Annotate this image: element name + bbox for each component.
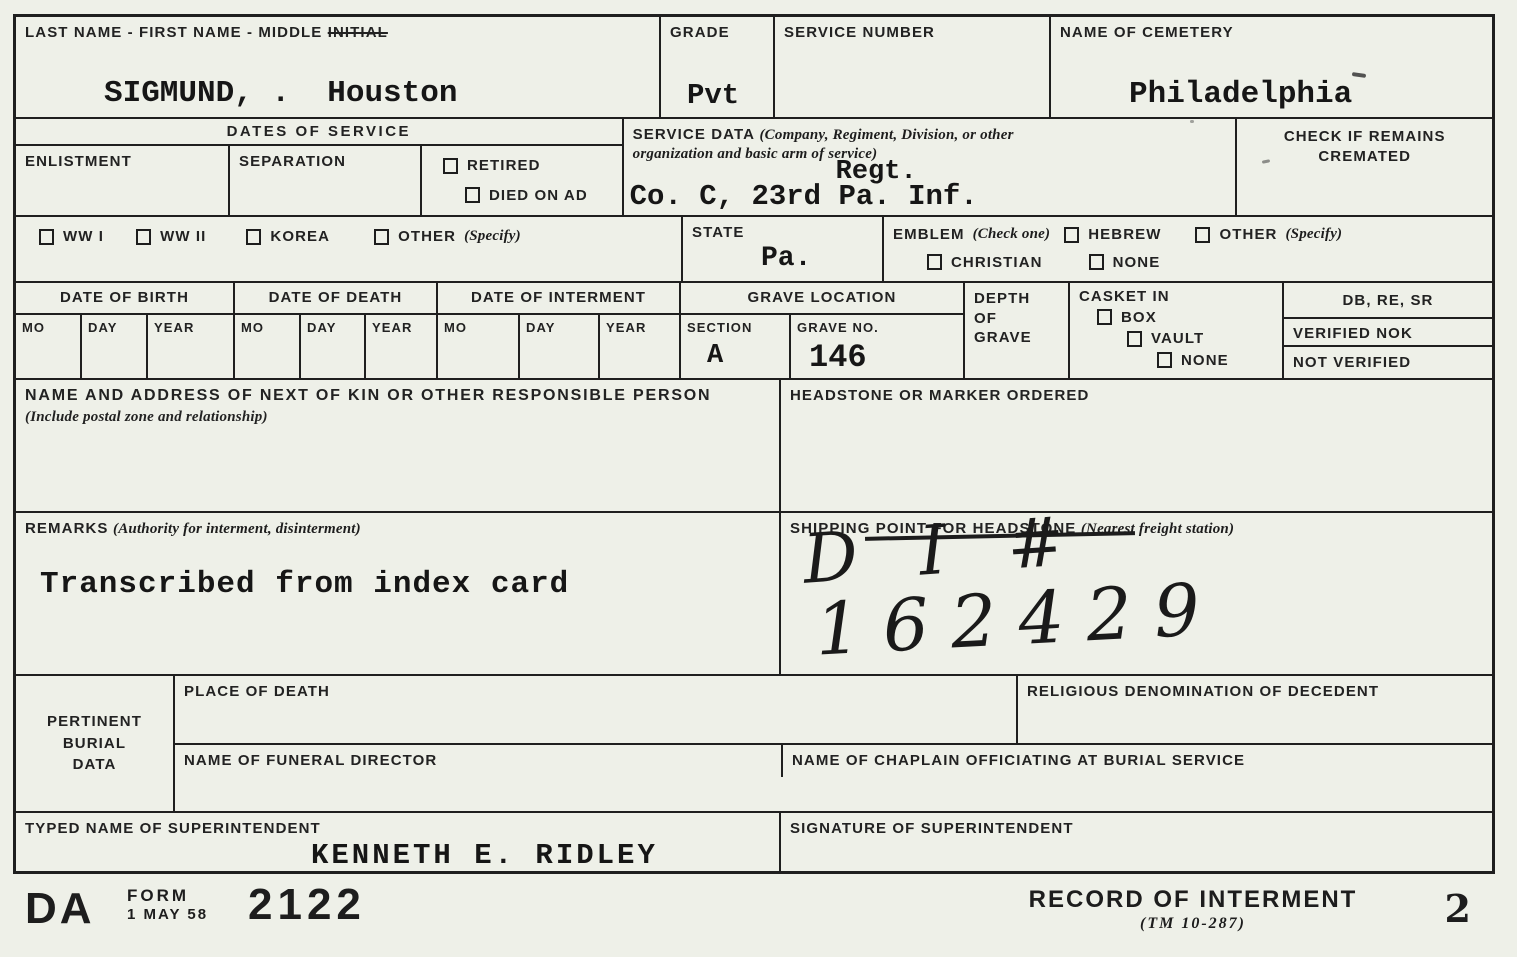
remarks-field: REMARKS (Authority for interment, disint… — [16, 513, 779, 674]
next-of-kin-label: NAME AND ADDRESS OF NEXT OF KIN OR OTHER… — [25, 387, 711, 404]
casket-in-label: CASKET IN — [1079, 287, 1273, 307]
footer-form-number: 2122 — [248, 880, 366, 930]
emblem-none-label: NONE — [1113, 253, 1161, 273]
casket-none-checkbox — [1157, 352, 1172, 368]
christian-label: CHRISTIAN — [951, 253, 1043, 273]
identity-row: LAST NAME - FIRST NAME - MIDDLE INITIAL … — [16, 17, 1492, 117]
war-other-note: (Specify) — [464, 228, 521, 245]
death-mo-label: MO — [241, 320, 264, 335]
enlistment-field: ENLISTMENT — [16, 146, 228, 215]
died-on-ad-label: DIED ON AD — [489, 186, 588, 206]
interment-year-label: YEAR — [606, 320, 647, 335]
christian-checkbox — [927, 254, 942, 270]
form-grid: LAST NAME - FIRST NAME - MIDDLE INITIAL … — [13, 14, 1495, 874]
date-of-birth-field: DATE OF BIRTH MO DAY YEAR — [16, 283, 233, 378]
dates-grave-row: DATE OF BIRTH MO DAY YEAR DATE OF DEATH … — [16, 281, 1492, 378]
emblem-field: EMBLEM (Check one) HEBREW OTHER (Specify… — [882, 217, 1492, 281]
grade-field: GRADE Pvt — [659, 17, 773, 117]
remarks-value: Transcribed from index card — [40, 567, 569, 602]
funeral-director-label: NAME OF FUNERAL DIRECTOR — [184, 751, 772, 771]
grade-label: GRADE — [670, 23, 764, 43]
footer-form-word: FORM — [127, 886, 208, 906]
shipping-point-field: SHIPPING POINT FOR HEADSTONE (Nearest fr… — [779, 513, 1492, 674]
form-footer: DA FORM 1 MAY 58 2122 RECORD OF INTERMEN… — [13, 876, 1495, 954]
section-field: SECTION A — [681, 315, 789, 378]
korea-label: KOREA — [270, 227, 330, 247]
dates-of-service-label: DATES OF SERVICE — [16, 119, 622, 146]
religious-denomination-label: RELIGIOUS DENOMINATION OF DECEDENT — [1027, 682, 1483, 702]
ww1-checkbox — [39, 229, 54, 245]
verified-nok-label: VERIFIED NOK — [1293, 325, 1413, 342]
headstone-ordered-field: HEADSTONE OR MARKER ORDERED — [779, 380, 1492, 511]
interment-mo-label: MO — [444, 320, 467, 335]
casket-box-checkbox — [1097, 309, 1112, 325]
verification-field: DB, RE, SR VERIFIED NOK NOT VERIFIED — [1282, 283, 1492, 378]
footer-title-ref: (TM 10-287) — [1013, 915, 1373, 933]
headstone-ordered-label: HEADSTONE OR MARKER ORDERED — [790, 386, 1483, 406]
service-row: DATES OF SERVICE ENLISTMENT SEPARATION R… — [16, 117, 1492, 215]
birth-day-label: DAY — [88, 320, 118, 335]
war-emblem-row: WW I WW II KOREA OTHER (Specify) STATE — [16, 215, 1492, 281]
emblem-none-checkbox — [1089, 254, 1104, 270]
grave-no-field: GRAVE NO. 146 — [789, 315, 963, 378]
db-re-sr-label: DB, RE, SR — [1342, 292, 1433, 309]
state-label: STATE — [692, 223, 873, 243]
ww1-label: WW I — [63, 227, 104, 247]
kin-headstone-row: NAME AND ADDRESS OF NEXT OF KIN OR OTHER… — [16, 378, 1492, 511]
birth-year-label: YEAR — [154, 320, 195, 335]
dates-of-service-block: DATES OF SERVICE ENLISTMENT SEPARATION R… — [16, 119, 622, 215]
date-of-death-field: DATE OF DEATH MO DAY YEAR — [233, 283, 436, 378]
cemetery-label: NAME OF CEMETERY — [1060, 23, 1483, 43]
footer-form-block: FORM 1 MAY 58 — [127, 886, 208, 923]
chaplain-field: NAME OF CHAPLAIN OFFICIATING AT BURIAL S… — [781, 745, 1492, 777]
next-of-kin-field: NAME AND ADDRESS OF NEXT OF KIN OR OTHER… — [16, 380, 779, 511]
service-data-value-line2: Co. C, 23rd Pa. Inf. — [630, 180, 978, 213]
service-data-field: SERVICE DATA (Company, Regiment, Divisio… — [622, 119, 1236, 215]
name-label-text: LAST NAME - FIRST NAME - MIDDLE — [25, 24, 322, 41]
signature-superintendent-label: SIGNATURE OF SUPERINTENDENT — [790, 819, 1483, 839]
war-service-field: WW I WW II KOREA OTHER (Specify) — [16, 217, 681, 281]
casket-none-label: NONE — [1181, 351, 1229, 371]
section-value: A — [707, 341, 723, 371]
birth-mo-label: MO — [22, 320, 45, 335]
ww2-label: WW II — [160, 227, 206, 247]
service-number-label: SERVICE NUMBER — [784, 23, 1040, 43]
service-number-field: SERVICE NUMBER — [773, 17, 1049, 117]
cremated-label: CHECK IF REMAINS CREMATED — [1246, 125, 1483, 166]
grade-value: Pvt — [687, 79, 739, 112]
remarks-label: REMARKS — [25, 520, 109, 537]
retired-died-field: RETIRED DIED ON AD — [420, 146, 622, 215]
grave-location-field: GRAVE LOCATION SECTION A GRAVE NO. 146 — [679, 283, 963, 378]
burial-detail-block: PLACE OF DEATH RELIGIOUS DENOMINATION OF… — [173, 676, 1492, 811]
separation-field: SEPARATION — [228, 146, 420, 215]
date-of-interment-field: DATE OF INTERMENT MO DAY YEAR — [436, 283, 679, 378]
death-year-label: YEAR — [372, 320, 413, 335]
emblem-other-checkbox — [1195, 227, 1210, 243]
section-label: SECTION — [687, 320, 752, 335]
date-of-interment-label: DATE OF INTERMENT — [438, 283, 679, 315]
footer-title: RECORD OF INTERMENT — [1013, 886, 1373, 914]
remarks-shipping-row: REMARKS (Authority for interment, disint… — [16, 511, 1492, 674]
footer-form-date: 1 MAY 58 — [127, 906, 208, 923]
cemetery-value: Philadelphia — [1129, 77, 1352, 112]
casket-vault-label: VAULT — [1151, 329, 1204, 349]
date-of-death-label: DATE OF DEATH — [235, 283, 436, 315]
footer-title-block: RECORD OF INTERMENT (TM 10-287) — [1013, 886, 1373, 933]
typed-superintendent-value: KENNETH E. RIDLEY — [311, 839, 658, 872]
war-other-label: OTHER — [398, 227, 456, 247]
cemetery-field: NAME OF CEMETERY Philadelphia — [1049, 17, 1492, 117]
pertinent-burial-data-label: PERTINENT BURIAL DATA — [41, 711, 149, 776]
footer-agency: DA — [25, 884, 95, 934]
emblem-other-label: OTHER — [1219, 225, 1277, 245]
emblem-label: EMBLEM — [893, 225, 965, 245]
casket-box-label: BOX — [1121, 308, 1157, 328]
grave-location-label: GRAVE LOCATION — [681, 283, 963, 315]
not-verified-label: NOT VERIFIED — [1293, 354, 1411, 371]
retired-label: RETIRED — [467, 156, 541, 176]
casket-in-field: CASKET IN BOX VAULT NONE — [1068, 283, 1282, 378]
place-of-death-label: PLACE OF DEATH — [184, 682, 1007, 702]
burial-data-row: PERTINENT BURIAL DATA PLACE OF DEATH REL… — [16, 674, 1492, 811]
interment-day-label: DAY — [526, 320, 556, 335]
depth-of-grave-label: DEPTH OF GRAVE — [974, 289, 1036, 348]
depth-of-grave-field: DEPTH OF GRAVE — [963, 283, 1068, 378]
typed-superintendent-field: TYPED NAME OF SUPERINTENDENT KENNETH E. … — [16, 813, 779, 871]
signature-superintendent-field: SIGNATURE OF SUPERINTENDENT — [779, 813, 1492, 871]
state-field: STATE Pa. — [681, 217, 882, 281]
next-of-kin-note: (Include postal zone and relationship) — [25, 409, 268, 425]
retired-checkbox — [443, 158, 458, 174]
grave-no-value: 146 — [809, 339, 867, 376]
hebrew-checkbox — [1064, 227, 1079, 243]
name-label-struck-word: INITIAL — [328, 24, 388, 41]
scanned-record-of-interment-form: LAST NAME - FIRST NAME - MIDDLE INITIAL … — [0, 0, 1517, 957]
casket-vault-checkbox — [1127, 331, 1142, 347]
superintendent-row: TYPED NAME OF SUPERINTENDENT KENNETH E. … — [16, 811, 1492, 871]
name-field: LAST NAME - FIRST NAME - MIDDLE INITIAL … — [16, 17, 659, 117]
emblem-other-note: (Specify) — [1285, 226, 1342, 243]
typed-superintendent-label: TYPED NAME OF SUPERINTENDENT — [25, 819, 770, 839]
ww2-checkbox — [136, 229, 151, 245]
date-of-birth-label: DATE OF BIRTH — [16, 283, 233, 315]
death-day-label: DAY — [307, 320, 337, 335]
place-of-death-field: PLACE OF DEATH — [175, 676, 1016, 743]
name-label: LAST NAME - FIRST NAME - MIDDLE INITIAL — [25, 23, 650, 43]
funeral-director-field: NAME OF FUNERAL DIRECTOR — [175, 745, 781, 777]
scan-speck — [1190, 120, 1194, 123]
separation-label: SEPARATION — [239, 152, 411, 172]
chaplain-label: NAME OF CHAPLAIN OFFICIATING AT BURIAL S… — [792, 751, 1483, 771]
service-data-label: SERVICE DATA — [633, 126, 755, 143]
died-on-ad-checkbox — [465, 187, 480, 203]
hebrew-label: HEBREW — [1088, 225, 1161, 245]
remarks-note: (Authority for interment, disinterment) — [113, 521, 361, 537]
religious-denomination-field: RELIGIOUS DENOMINATION OF DECEDENT — [1016, 676, 1492, 743]
enlistment-label: ENLISTMENT — [25, 152, 219, 172]
pertinent-burial-data-field: PERTINENT BURIAL DATA — [16, 676, 173, 811]
footer-page-number: 2 — [1445, 886, 1471, 931]
name-value: SIGMUND, . Houston — [104, 76, 457, 111]
cremated-field: CHECK IF REMAINS CREMATED — [1235, 119, 1492, 215]
korea-checkbox — [246, 229, 261, 245]
war-other-checkbox — [374, 229, 389, 245]
state-value: Pa. — [761, 243, 811, 274]
grave-no-label: GRAVE NO. — [797, 320, 879, 335]
emblem-note: (Check one) — [973, 226, 1051, 243]
